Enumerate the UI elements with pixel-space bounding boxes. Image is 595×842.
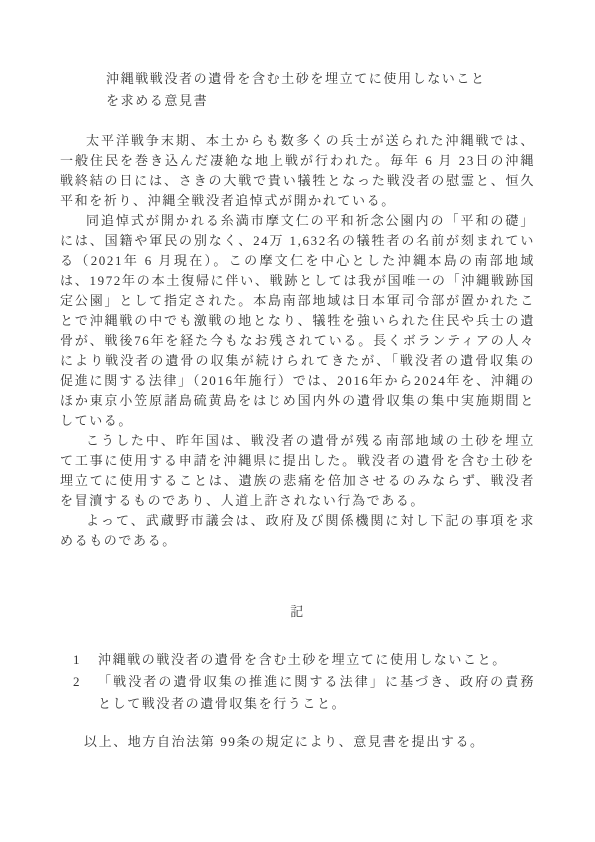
demand-text-2: 「戦没者の遺骨収集の推進に関する法律」に基づき、政府の責務として戦没者の遺骨収集… [98, 671, 535, 715]
document-page: 沖縄戦戦没者の遺骨を含む土砂を埋立てに使用しないこと を求める意見書 太平洋戦争… [0, 0, 595, 842]
section-marker-ki: 記 [0, 602, 595, 622]
document-title: 沖縄戦戦没者の遺骨を含む土砂を埋立てに使用しないこと を求める意見書 [106, 68, 535, 112]
demand-item-2: 2 「戦没者の遺骨収集の推進に関する法律」に基づき、政府の責務として戦没者の遺骨… [73, 671, 535, 715]
title-line-1: 沖縄戦戦没者の遺骨を含む土砂を埋立てに使用しないこと [106, 68, 535, 90]
demand-number-1: 1 [73, 649, 98, 671]
demand-list: 1 沖縄戦の戦没者の遺骨を含む土砂を埋立てに使用しないこと。 2 「戦没者の遺骨… [73, 649, 535, 715]
paragraph-4: よって、武蔵野市議会は、政府及び関係機関に対し下記の事項を求めるものである。 [60, 511, 535, 551]
demand-item-1: 1 沖縄戦の戦没者の遺骨を含む土砂を埋立てに使用しないこと。 [73, 649, 535, 671]
document-body: 太平洋戦争末期、本土からも数多くの兵士が送られた沖縄戦では、一般住民を巻き込んだ… [60, 131, 535, 551]
title-line-2: を求める意見書 [106, 90, 535, 112]
closing-statement: 以上、地方自治法第 99条の規定により、意見書を提出する。 [60, 732, 535, 752]
demand-number-2: 2 [73, 671, 98, 715]
paragraph-2: 同追悼式が開かれる糸満市摩文仁の平和祈念公園内の「平和の礎」には、国籍や軍民の別… [60, 211, 535, 431]
demand-text-1: 沖縄戦の戦没者の遺骨を含む土砂を埋立てに使用しないこと。 [98, 649, 535, 671]
paragraph-1: 太平洋戦争末期、本土からも数多くの兵士が送られた沖縄戦では、一般住民を巻き込んだ… [60, 131, 535, 211]
paragraph-3: こうした中、昨年国は、戦没者の遺骨が残る南部地域の土砂を埋立て工事に使用する申請… [60, 431, 535, 511]
